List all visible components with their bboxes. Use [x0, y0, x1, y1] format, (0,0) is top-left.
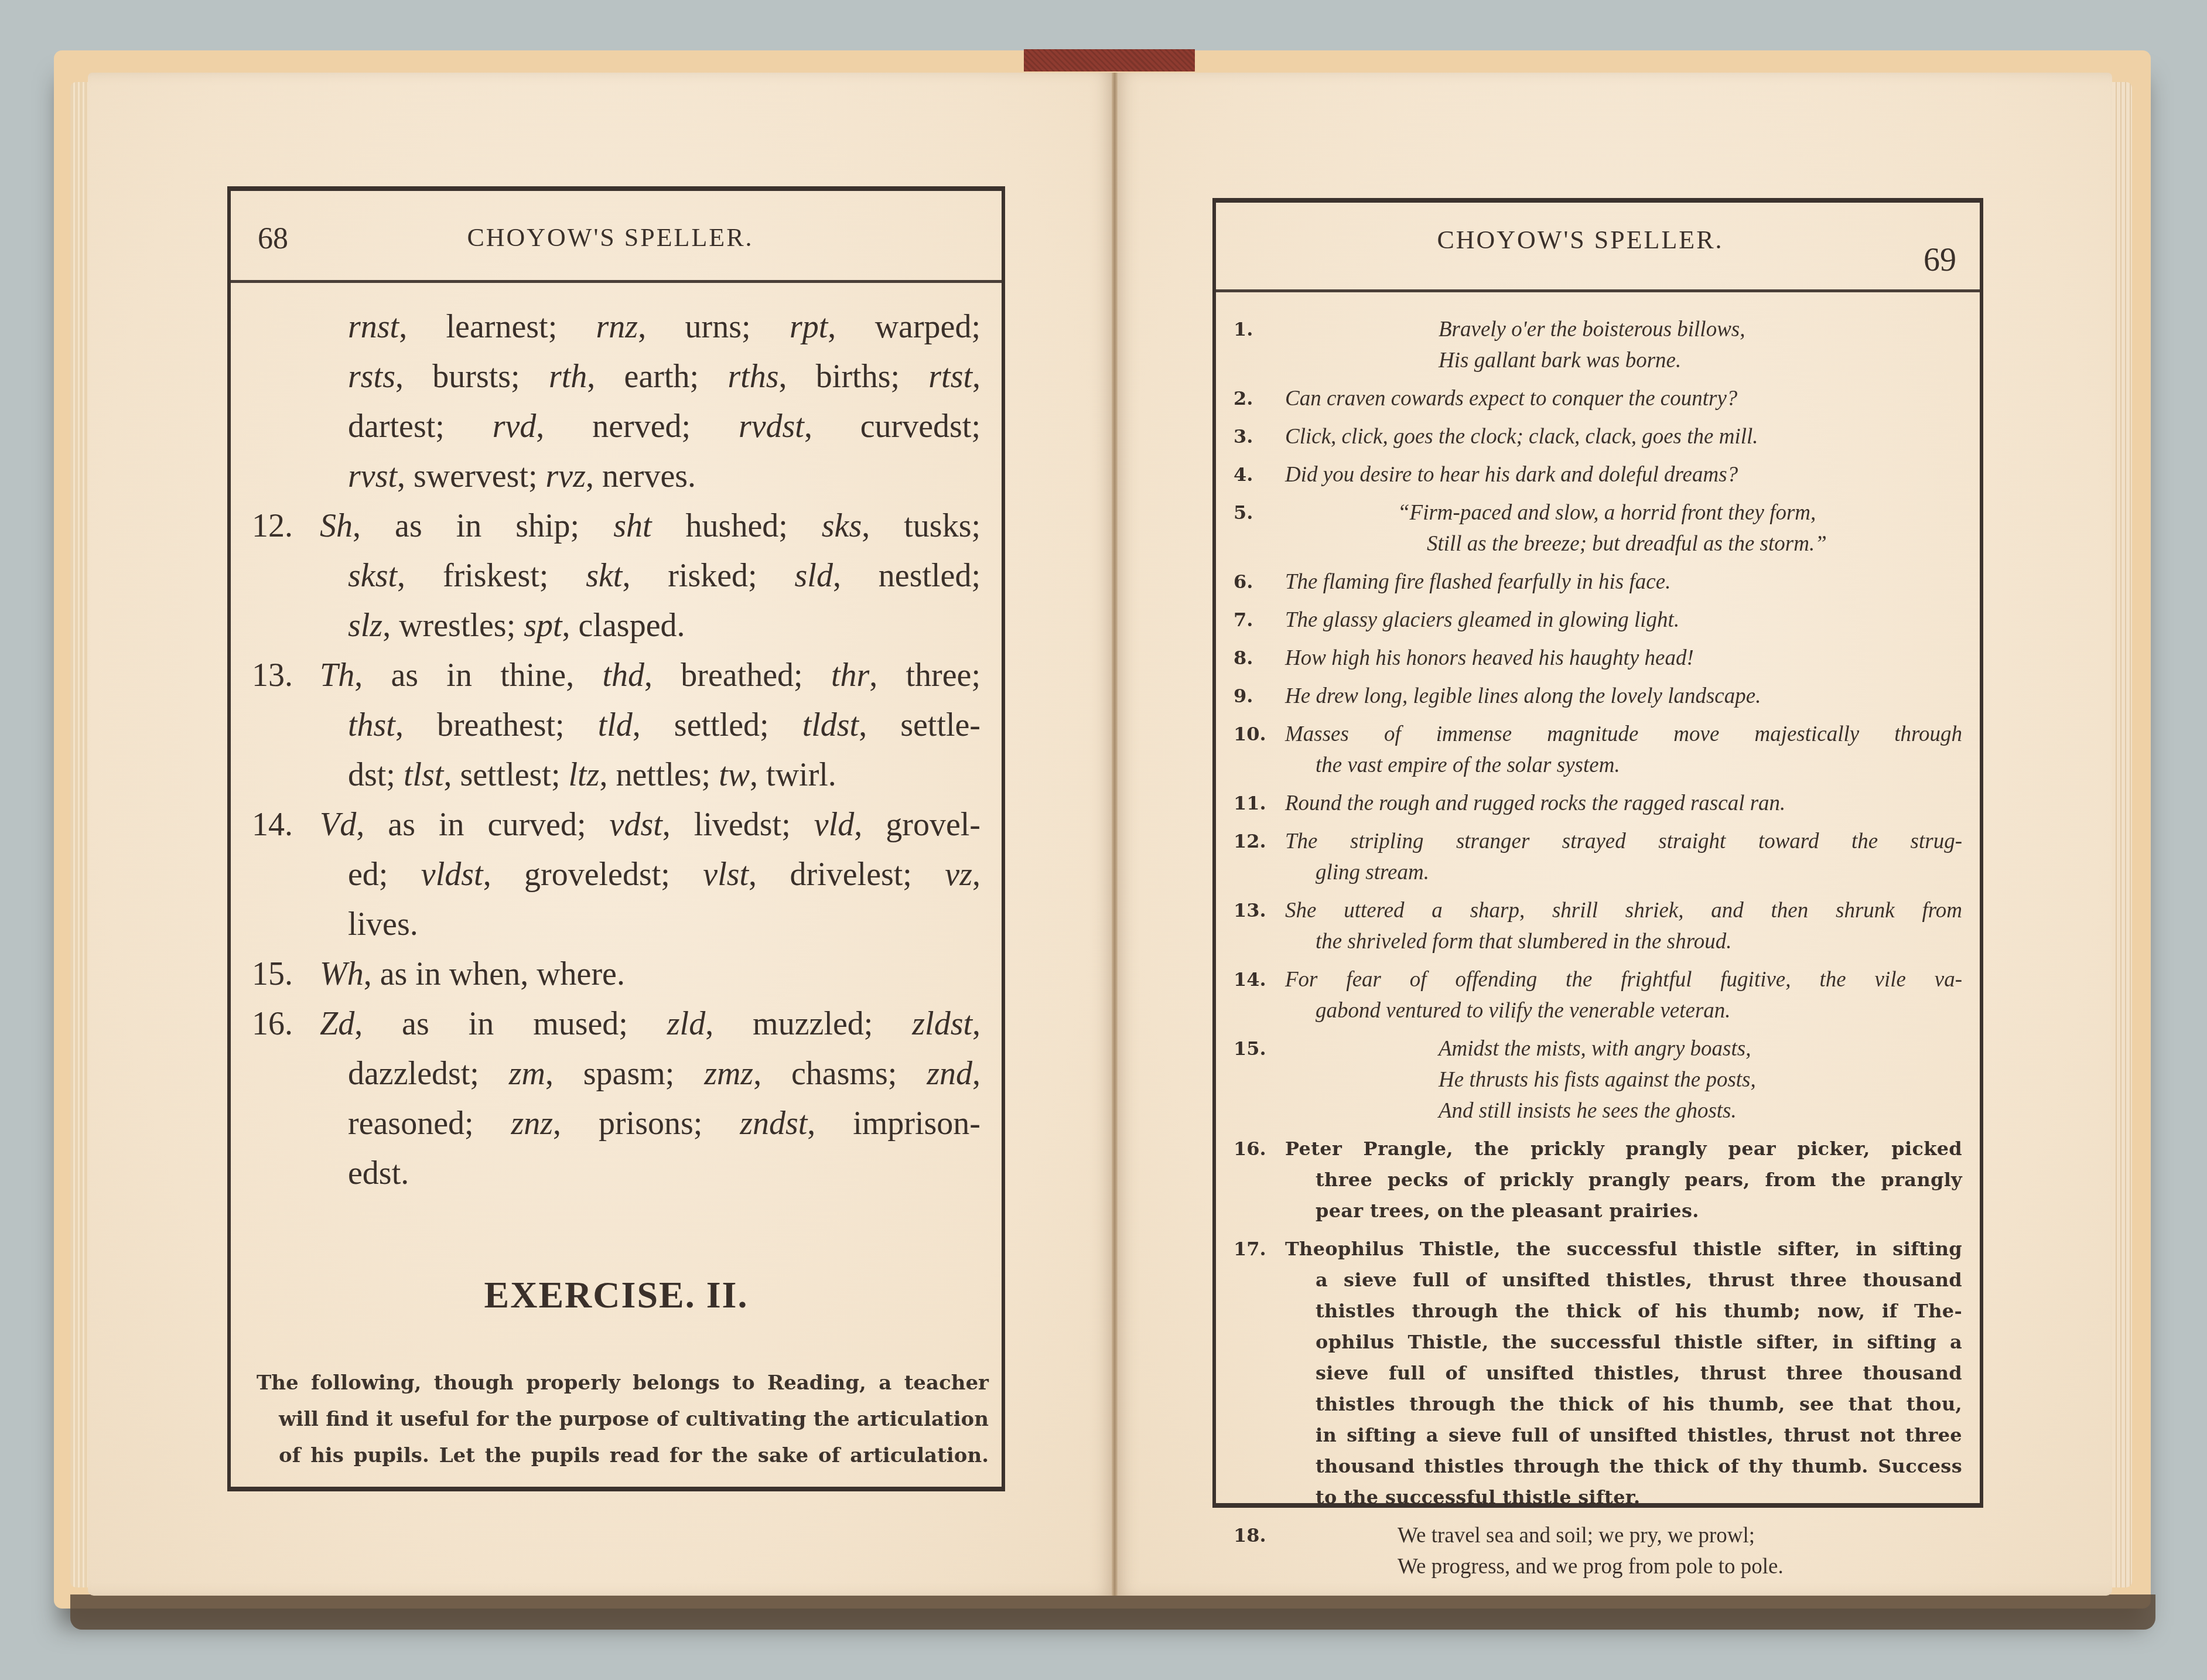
exercise-line: Still as the breeze; but dreadful as the… [1234, 528, 1962, 559]
exercise-text: Round the rough and rugged rocks the rag… [1234, 788, 1962, 819]
exercise-item: 8.How high his honors heaved his haughty… [1234, 643, 1962, 674]
exercise-line: 12.The stripling stranger strayed straig… [1234, 826, 1962, 857]
example-word: , nerves. [586, 458, 696, 494]
book-gutter [1112, 73, 1118, 1596]
consonant-cluster: rpt [790, 309, 828, 345]
consonant-cluster: skt [586, 558, 622, 594]
rule-number: 14. [252, 800, 320, 850]
item-spacer [1234, 414, 1962, 421]
consonant-cluster: znd [927, 1056, 972, 1092]
exercise-heading: EXERCISE. II. [231, 1273, 1002, 1317]
consonant-cluster: skst [348, 558, 397, 594]
exercise-line: 10.Masses of immense magnitude move maje… [1234, 719, 1962, 750]
consonant-cluster: zld [667, 1006, 705, 1042]
consonant-cluster: vld [814, 807, 854, 843]
consonant-cluster: rth [549, 358, 587, 395]
exercise-line: sieve full of unsifted thistles, thrust … [1234, 1358, 1962, 1389]
exercise-number: 1. [1234, 314, 1253, 345]
numbered-rule-line: 16.Zd, as in mused; zld, muzzled; zldst, [252, 999, 980, 1049]
exercise-number: 6. [1234, 566, 1253, 597]
item-spacer [1234, 712, 1962, 719]
exercise-text: The flaming fire flashed fearfully in hi… [1234, 566, 1962, 597]
exercise-text: sieve full of unsifted thistles, thrust … [1234, 1358, 1962, 1389]
book-bottom-edge [70, 1594, 2155, 1630]
rule-continuation-line: thst, breathest; tld, settled; tldst, se… [252, 701, 980, 750]
exercise-number: 7. [1234, 605, 1253, 636]
example-word: , [972, 358, 980, 395]
example-word: , nerved; [536, 408, 739, 445]
example-word: , settled; [633, 707, 802, 743]
exercise-line: gabond ventured to vilify the venerable … [1234, 995, 1962, 1026]
example-word: , tusks; [862, 508, 980, 544]
rule-number: 15. [252, 950, 320, 999]
exercise-number: 15. [1234, 1033, 1266, 1064]
consonant-cluster: thd [602, 657, 644, 694]
item-spacer [1234, 1026, 1962, 1033]
exercise-number: 9. [1234, 681, 1253, 712]
rule-continuation-line: dartest; rvd, nerved; rvdst, curvedst; [252, 402, 980, 452]
example-word: reasoned; [348, 1105, 511, 1142]
exercise-text: We progress, and we prog from pole to po… [1234, 1551, 1962, 1582]
exercise-text: Bravely o'er the boisterous billows, [1234, 314, 1962, 345]
example-word: , muzzled; [705, 1006, 912, 1042]
example-word: dst; [348, 757, 404, 793]
exercise-item: 13.She uttered a sharp, shrill shriek, a… [1234, 895, 1962, 957]
example-word: , drivelest; [749, 856, 945, 893]
exercise-line: three pecks of prickly prangly pears, fr… [1234, 1165, 1962, 1196]
exercise-text: thistles through the thick of his thumb;… [1234, 1296, 1962, 1327]
rule-continuation-line: reasoned; znz, prisons; zndst, imprison- [252, 1099, 980, 1149]
example-word: hushed; [652, 508, 822, 544]
example-word: , births; [779, 358, 929, 395]
exercise-text: Peter Prangle, the prickly prangly pear … [1234, 1133, 1962, 1165]
item-spacer [1234, 957, 1962, 964]
exercise-item: 3.Click, click, goes the clock; clack, c… [1234, 421, 1962, 452]
exercise-line: ophilus Thistle, the successful thistle … [1234, 1327, 1962, 1358]
example-word: , nettles; [599, 757, 719, 793]
exercise-intro: The following, though properly belongs t… [257, 1365, 989, 1474]
consonant-cluster: Zd [320, 1006, 354, 1042]
exercise-text: Can craven cowards expect to conquer the… [1234, 383, 1962, 414]
item-spacer [1234, 452, 1962, 459]
exercise-item: 12.The stripling stranger strayed straig… [1234, 826, 1962, 888]
exercise-text: Did you desire to hear his dark and dole… [1234, 459, 1962, 490]
exercise-line: His gallant bark was borne. [1234, 345, 1962, 376]
example-word: , as in ship; [353, 508, 613, 544]
example-word: , as in thine, [354, 657, 602, 694]
example-word: , wrestles; [382, 607, 524, 644]
exercise-text: in sifting a sieve full of unsifted this… [1234, 1420, 1962, 1451]
example-word: , spasm; [545, 1056, 704, 1092]
exercise-item: 18.We travel sea and soil; we pry, we pr… [1234, 1520, 1962, 1582]
consonant-cluster: slz [348, 607, 382, 644]
exercise-line: 7.The glassy glaciers gleamed in glowing… [1234, 605, 1962, 636]
exercise-line: 4.Did you desire to hear his dark and do… [1234, 459, 1962, 490]
exercise-text: Still as the breeze; but dreadful as the… [1234, 528, 1962, 559]
consonant-cluster: tw [719, 757, 750, 793]
example-word: , learnest; [399, 309, 596, 345]
exercise-line: 6.The flaming fire flashed fearfully in … [1234, 566, 1962, 597]
exercise-line: thistles through the thick of his thumb;… [1234, 1296, 1962, 1327]
exercise-text: He drew long, legible lines along the lo… [1234, 681, 1962, 712]
exercise-item: 6.The flaming fire flashed fearfully in … [1234, 566, 1962, 597]
example-word: dartest; [348, 408, 493, 445]
exercise-item: 14.For fear of offending the frightful f… [1234, 964, 1962, 1026]
consonant-cluster: zm [509, 1056, 545, 1092]
example-word: , bursts; [395, 358, 549, 395]
exercise-line: pear trees, on the pleasant prairies. [1234, 1196, 1962, 1227]
exercise-number: 12. [1234, 826, 1266, 857]
exercise-text: How high his honors heaved his haughty h… [1234, 643, 1962, 674]
exercise-line: 16.Peter Prangle, the prickly prangly pe… [1234, 1133, 1962, 1165]
exercise-text: “Firm-paced and slow, a horrid front the… [1234, 497, 1962, 528]
rule-continuation-line: rsts, bursts; rth, earth; rths, births; … [252, 352, 980, 402]
consonant-cluster: tldst [802, 707, 859, 743]
exercise-number: 16. [1234, 1133, 1266, 1165]
rule-number: 13. [252, 651, 320, 701]
exercise-line: gling stream. [1234, 857, 1962, 888]
exercise-text: He thrusts his fists against the posts, [1234, 1064, 1962, 1095]
item-spacer [1234, 376, 1962, 383]
exercise-line: 14.For fear of offending the frightful f… [1234, 964, 1962, 995]
consonant-cluster: Wh [320, 956, 364, 992]
consonant-cluster: thr [831, 657, 869, 694]
example-word: ed; [348, 856, 421, 893]
example-word: , risked; [622, 558, 794, 594]
exercise-line: 8.How high his honors heaved his haughty… [1234, 643, 1962, 674]
exercise-line: And still insists he sees the ghosts. [1234, 1095, 1962, 1126]
exercise-number: 14. [1234, 964, 1266, 995]
exercise-line: 5.“Firm-paced and slow, a horrid front t… [1234, 497, 1962, 528]
exercise-number: 18. [1234, 1520, 1266, 1551]
exercise-number: 2. [1234, 383, 1253, 414]
example-word: , imprison- [807, 1105, 980, 1142]
exercise-number: 8. [1234, 643, 1253, 674]
exercise-line: 11.Round the rough and rugged rocks the … [1234, 788, 1962, 819]
exercise-item: 10.Masses of immense magnitude move maje… [1234, 719, 1962, 781]
rule-continuation-line: ed; vldst, groveledst; vlst, drivelest; … [252, 850, 980, 900]
exercise-number: 3. [1234, 421, 1253, 452]
intro-line: The following, though properly belongs t… [257, 1365, 989, 1401]
exercise-number: 11. [1234, 788, 1266, 819]
consonant-list: rnst, learnest; rnz, urns; rpt, warped;r… [252, 302, 980, 1198]
running-title: CHOYOW'S SPELLER. [219, 223, 1002, 252]
exercise-text: Click, click, goes the clock; clack, cla… [1234, 421, 1962, 452]
consonant-cluster: tld [598, 707, 633, 743]
exercise-line: the vast empire of the solar system. [1234, 750, 1962, 781]
example-word: , settlest; [443, 757, 568, 793]
example-word: , [972, 1006, 980, 1042]
item-spacer [1234, 888, 1962, 895]
exercise-text: a sieve full of unsifted thistles, thrus… [1234, 1265, 1962, 1296]
example-word: , livedst; [662, 807, 814, 843]
exercise-item: 9.He drew long, legible lines along the … [1234, 681, 1962, 712]
exercise-text: Masses of immense magnitude move majesti… [1234, 719, 1962, 750]
rule-continuation-line: slz, wrestles; spt, clasped. [252, 601, 980, 651]
consonant-cluster: ltz [568, 757, 599, 793]
consonant-cluster: sld [795, 558, 833, 594]
example-word: , swervest; [397, 458, 546, 494]
consonant-cluster: rvd [493, 408, 537, 445]
exercise-text: The glassy glaciers gleamed in glowing l… [1234, 605, 1962, 636]
exercise-line: 17.Theophilus Thistle, the successful th… [1234, 1234, 1962, 1265]
exercise-text: We travel sea and soil; we pry, we prowl… [1234, 1520, 1962, 1551]
consonant-cluster: rvz [546, 458, 586, 494]
example-word: , prisons; [553, 1105, 740, 1142]
exercise-text: gling stream. [1234, 857, 1962, 888]
exercise-number: 5. [1234, 497, 1253, 528]
exercise-line: 2.Can craven cowards expect to conquer t… [1234, 383, 1962, 414]
item-spacer [1234, 819, 1962, 826]
exercise-text: ophilus Thistle, the successful thistle … [1234, 1327, 1962, 1358]
consonant-cluster: vldst [421, 856, 483, 893]
intro-line: of his pupils. Let the pupils read for t… [257, 1437, 989, 1474]
consonant-cluster: rnst [348, 309, 399, 345]
item-spacer [1234, 1582, 1962, 1589]
exercise-item: 4.Did you desire to hear his dark and do… [1234, 459, 1962, 490]
example-word: , earth; [587, 358, 727, 395]
item-spacer [1234, 1227, 1962, 1234]
exercise-line: 9.He drew long, legible lines along the … [1234, 681, 1962, 712]
consonant-cluster: Sh [320, 508, 353, 544]
exercise-line: 1.Bravely o'er the boisterous billows, [1234, 314, 1962, 345]
item-spacer [1234, 781, 1962, 788]
consonant-cluster: zmz [704, 1056, 753, 1092]
right-running-head: CHOYOW'S SPELLER. 69 [1216, 203, 1980, 292]
exercise-text: For fear of offending the frightful fugi… [1234, 964, 1962, 995]
exercise-item: 11.Round the rough and rugged rocks the … [1234, 788, 1962, 819]
example-word: , curvedst; [804, 408, 980, 445]
exercise-number: 10. [1234, 719, 1266, 750]
rule-continuation-line: edst. [252, 1149, 980, 1198]
example-word: , clasped. [562, 607, 685, 644]
example-word: , [972, 1056, 980, 1092]
example-word: edst. [348, 1155, 409, 1191]
page-number: 69 [1924, 241, 1956, 279]
example-word: , three; [869, 657, 980, 694]
item-spacer [1234, 636, 1962, 643]
example-word: , as in curved; [356, 807, 609, 843]
exercise-number: 4. [1234, 459, 1253, 490]
numbered-rule-line: 12.Sh, as in ship; sht hushed; sks, tusk… [252, 501, 980, 551]
rule-continuation-line: dst; tlst, settlest; ltz, nettles; tw, t… [252, 750, 980, 800]
item-spacer [1234, 597, 1962, 605]
exercise-item: 1.Bravely o'er the boisterous billows,Hi… [1234, 314, 1962, 376]
exercise-item: 15.Amidst the mists, with angry boasts,H… [1234, 1033, 1962, 1126]
consonant-cluster: spt [524, 607, 562, 644]
consonant-cluster: vdst [610, 807, 662, 843]
item-spacer [1234, 490, 1962, 497]
consonant-cluster: tlst [404, 757, 443, 793]
exercise-number: 17. [1234, 1234, 1266, 1265]
rule-number: 12. [252, 501, 320, 551]
example-word: , groveledst; [483, 856, 703, 893]
numbered-rule-line: 14.Vd, as in curved; vdst, livedst; vld,… [252, 800, 980, 850]
running-title: CHOYOW'S SPELLER. [1181, 225, 1980, 255]
rule-continuation-line: rnst, learnest; rnz, urns; rpt, warped; [252, 302, 980, 352]
exercise-text: gabond ventured to vilify the venerable … [1234, 995, 1962, 1026]
example-word: , urns; [638, 309, 790, 345]
exercise-text: She uttered a sharp, shrill shriek, and … [1234, 895, 1962, 926]
item-spacer [1234, 1513, 1962, 1520]
exercise-text: Amidst the mists, with angry boasts, [1234, 1033, 1962, 1064]
exercise-line: He thrusts his fists against the posts, [1234, 1064, 1962, 1095]
exercise-line: to the successful thistle sifter. [1234, 1482, 1962, 1513]
exercise-line: 13.She uttered a sharp, shrill shriek, a… [1234, 895, 1962, 926]
example-word: dazzledst; [348, 1056, 509, 1092]
rule-number: 16. [252, 999, 320, 1049]
consonant-cluster: zndst [740, 1105, 807, 1142]
exercise-item: 5.“Firm-paced and slow, a horrid front t… [1234, 497, 1962, 559]
example-word: , friskest; [397, 558, 586, 594]
consonant-cluster: vlst [703, 856, 749, 893]
rule-continuation-line: lives. [252, 900, 980, 950]
exercise-item: 2.Can craven cowards expect to conquer t… [1234, 383, 1962, 414]
exercise-item: 17.Theophilus Thistle, the successful th… [1234, 1234, 1962, 1513]
consonant-cluster: sht [613, 508, 651, 544]
exercise-text: the shriveled form that slumbered in the… [1234, 926, 1962, 957]
exercise-line: thistles through the thick of his thumb,… [1234, 1389, 1962, 1420]
consonant-cluster: znz [511, 1105, 553, 1142]
consonant-cluster: vz [945, 856, 972, 893]
consonant-cluster: thst [348, 707, 395, 743]
example-word: , breathest; [395, 707, 598, 743]
item-spacer [1234, 559, 1962, 566]
exercise-line: thousand thistles through the thick of t… [1234, 1451, 1962, 1482]
example-word: , as in when, where. [364, 956, 625, 992]
example-word: , twirl. [750, 757, 836, 793]
item-spacer [1234, 674, 1962, 681]
example-word: , grovel- [854, 807, 980, 843]
exercise-text: the vast empire of the solar system. [1234, 750, 1962, 781]
consonant-cluster: sks [822, 508, 862, 544]
example-word: , [972, 856, 980, 893]
exercise-text: three pecks of prickly prangly pears, fr… [1234, 1165, 1962, 1196]
exercise-line: in sifting a sieve full of unsifted this… [1234, 1420, 1962, 1451]
rule-continuation-line: skst, friskest; skt, risked; sld, nestle… [252, 551, 980, 601]
exercise-item: 7.The glassy glaciers gleamed in glowing… [1234, 605, 1962, 636]
exercise-text: thousand thistles through the thick of t… [1234, 1451, 1962, 1482]
consonant-cluster: rnz [596, 309, 638, 345]
left-running-head: 68 CHOYOW'S SPELLER. [231, 191, 1002, 283]
rule-continuation-line: dazzledst; zm, spasm; zmz, chasms; znd, [252, 1049, 980, 1099]
exercise-number: 13. [1234, 895, 1266, 926]
left-page-text-frame: 68 CHOYOW'S SPELLER. rnst, learnest; rnz… [227, 186, 1005, 1491]
example-word: , breathed; [644, 657, 831, 694]
exercise-text: His gallant bark was borne. [1234, 345, 1962, 376]
consonant-cluster: rtst [928, 358, 972, 395]
consonant-cluster: zldst [912, 1006, 972, 1042]
example-word: lives. [348, 906, 418, 943]
exercise-text: thistles through the thick of his thumb,… [1234, 1389, 1962, 1420]
example-word: , warped; [828, 309, 980, 345]
exercise-text: pear trees, on the pleasant prairies. [1234, 1196, 1962, 1227]
exercise-line: the shriveled form that slumbered in the… [1234, 926, 1962, 957]
exercise-item: 16.Peter Prangle, the prickly prangly pe… [1234, 1133, 1962, 1227]
consonant-cluster: rsts [348, 358, 395, 395]
intro-line: will find it useful for the purpose of c… [257, 1401, 989, 1437]
example-word: , settle- [859, 707, 980, 743]
numbered-rule-line: 13.Th, as in thine, thd, breathed; thr, … [252, 651, 980, 701]
spine-headband [1024, 49, 1195, 71]
exercise-text: And still insists he sees the ghosts. [1234, 1095, 1962, 1126]
exercise-text: to the successful thistle sifter. [1234, 1482, 1962, 1513]
exercise-text: Theophilus Thistle, the successful thist… [1234, 1234, 1962, 1265]
exercise-line: a sieve full of unsifted thistles, thrus… [1234, 1265, 1962, 1296]
consonant-cluster: rvdst [739, 408, 804, 445]
consonant-cluster: Th [320, 657, 354, 694]
example-word: , nestled; [833, 558, 980, 594]
consonant-cluster: rths [727, 358, 778, 395]
exercise-line: 15.Amidst the mists, with angry boasts, [1234, 1033, 1962, 1064]
consonant-cluster: Vd [320, 807, 356, 843]
rule-continuation-line: rvst, swervest; rvz, nerves. [252, 452, 980, 501]
exercise-line: 18.We travel sea and soil; we pry, we pr… [1234, 1520, 1962, 1551]
item-spacer [1234, 1126, 1962, 1133]
consonant-cluster: rvst [348, 458, 397, 494]
exercise-line: We progress, and we prog from pole to po… [1234, 1551, 1962, 1582]
exercise-line: 3.Click, click, goes the clock; clack, c… [1234, 421, 1962, 452]
articulation-exercises: 1.Bravely o'er the boisterous billows,Hi… [1234, 314, 1962, 1589]
exercise-text: The stripling stranger strayed straight … [1234, 826, 1962, 857]
example-word: , as in mused; [354, 1006, 667, 1042]
example-word: , chasms; [753, 1056, 927, 1092]
numbered-rule-line: 15.Wh, as in when, where. [252, 950, 980, 999]
right-page-text-frame: CHOYOW'S SPELLER. 69 1.Bravely o'er the … [1212, 198, 1983, 1508]
